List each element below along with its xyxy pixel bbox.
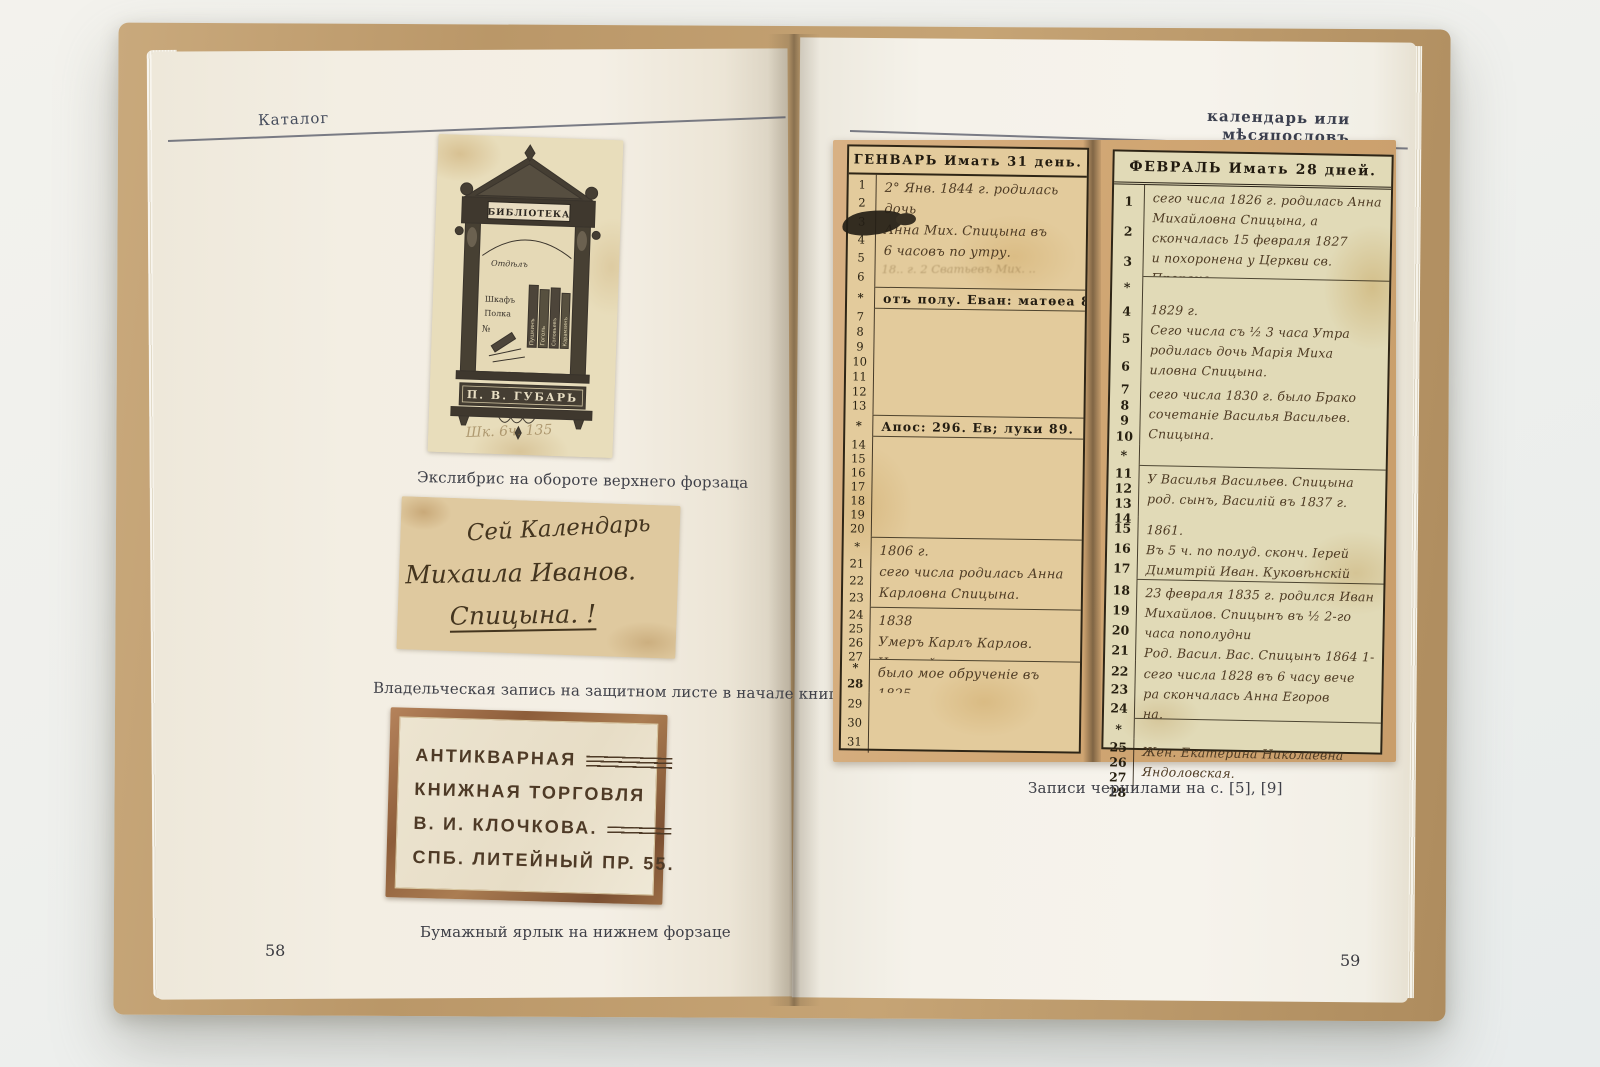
day-numbers: 222324: [1104, 660, 1136, 719]
calendar-entry: 1806 г. сего числа родилась Анна Карловн…: [871, 537, 1082, 610]
calendar-entry: 1861. Въ 5 ч. по полуд. сконч. Іерей Дим…: [1138, 517, 1385, 584]
day-numbers: 18192021: [1105, 578, 1138, 661]
label-line-4: СПБ. ЛИТЕЙНЫЙ ПР. 55.: [412, 840, 640, 880]
pencil-inscription: Шк. 6ч. 135: [465, 422, 553, 441]
calendar-section: *212223 1806 г. сего числа родилась Анна…: [843, 536, 1082, 609]
note-line-3: Спицына. !: [449, 599, 596, 631]
calendar-section: 151617 1861. Въ 5 ч. по полуд. сконч. Іе…: [1107, 516, 1385, 583]
calendar-entry: было мое обрученіе въ 1825: [870, 659, 1080, 696]
calendar-entry: сего числа 1830 г. было Брако сочетаніе …: [1140, 381, 1387, 450]
label-line-3: В. И. КЛОЧКОВА.: [413, 813, 598, 838]
page-number-left: 58: [265, 941, 285, 960]
page-number-right: 59: [1340, 951, 1360, 970]
exlibris-engraving: БИБЛІОТЕКА Отдѣлъ Шкафъ Полка №: [428, 134, 624, 458]
day-numbers: *: [847, 286, 875, 308]
calendar-section: 24252627 1838 Умеръ Карлъ Карлов. Чевско…: [842, 606, 1081, 661]
calendar-entry: [869, 693, 1080, 756]
calendar-entry: 1829 г. Сего числа съ ½ 3 часа Утра роди…: [1141, 297, 1389, 386]
exlibris-bookplate: БИБЛІОТЕКА Отдѣлъ Шкафъ Полка №: [428, 134, 624, 458]
book-gutter: [768, 34, 820, 1006]
day-numbers: 24252627: [842, 606, 871, 658]
label-line-1: АНТИКВАРНАЯ: [415, 745, 577, 769]
calendar-entry: [872, 437, 1083, 540]
calendar-february: ФЕВРАЛЬ Имать 28 дней. 123 сего числа 18…: [1101, 149, 1393, 754]
day-numbers: *: [1103, 718, 1134, 739]
calendar-entry: У Василья Васильев. Спицына род. сынъ, В…: [1139, 465, 1386, 522]
day-numbers: 14151617181920: [844, 436, 873, 536]
calendar-january: ГЕНВАРЬ Имать 31 день. 123456 2° Янв. 18…: [839, 144, 1089, 753]
note-line-2: Михаила Иванов.: [405, 556, 636, 589]
label-dash-double: [608, 826, 672, 835]
day-numbers: *: [1112, 276, 1143, 297]
day-numbers: *: [1109, 444, 1140, 465]
day-numbers: 151617: [1107, 516, 1139, 579]
day-numbers: 123: [1112, 184, 1145, 277]
calendar-section: 78910111213: [845, 308, 1084, 417]
running-head-left: Каталог: [258, 109, 330, 129]
calendar-entry: 23 февраля 1835 г. родился Иван Михайлов…: [1136, 579, 1384, 666]
calendar-entry-printed: Апос: 296. Ев; луки 89.: [873, 415, 1083, 440]
day-numbers: 78910111213: [845, 308, 874, 414]
calendar-section: 11121314 У Василья Васильев. Спицына род…: [1108, 464, 1386, 521]
calendar-entry-printed: отъ полу. Еван: матѳеа 8.: [875, 287, 1085, 312]
ownership-note: Сей Календарь Михаила Иванов. Спицына. !: [396, 496, 680, 659]
calendar-entry: 1838 Умеръ Карлъ Карлов. Чевской: [870, 607, 1081, 662]
calendar-section: 293031: [841, 692, 1080, 755]
day-numbers: 456: [1110, 296, 1143, 381]
exlibris-polka-label: Полка: [484, 309, 511, 319]
book-spine-pushkin: Пушкинъ: [529, 318, 536, 345]
bookshop-label-inner: АНТИКВАРНАЯ КНИЖНАЯ ТОРГОВЛЯ В. И. КЛОЧК…: [395, 716, 659, 895]
calendar-entry: [873, 309, 1084, 418]
calendar-section: 222324 сего числа 1828 въ 6 часу вече ра…: [1104, 660, 1382, 723]
calendar-section: 78910 сего числа 1830 г. было Брако соче…: [1109, 380, 1387, 449]
calendar-entry: сего числа 1826 г. родилась Анна Михайло…: [1143, 185, 1391, 282]
calendar-section: *28 было мое обрученіе въ 1825: [842, 658, 1080, 695]
february-header: ФЕВРАЛЬ Имать 28 дней.: [1114, 151, 1392, 189]
exlibris-number-label: №: [482, 324, 491, 334]
note-line-1: Сей Календарь: [466, 511, 651, 547]
january-body: 123456 2° Янв. 1844 г. родилась дочь Анн…: [841, 174, 1087, 751]
caption-calendar: Записи чернилами на с. [5], [9]: [1028, 779, 1283, 797]
calendar-section: 18192021 23 февраля 1835 г. родился Иван…: [1105, 578, 1384, 665]
day-numbers: *: [845, 414, 873, 436]
day-numbers: 78910: [1109, 380, 1141, 445]
exlibris-shkaf-label: Шкафъ: [485, 295, 516, 305]
book-spine-karamzin: Карамзинъ: [562, 317, 569, 347]
february-body: 123 сего числа 1826 г. родилась Анна Мих…: [1103, 184, 1391, 752]
calendar-section: 123 сего числа 1826 г. родилась Анна Мих…: [1112, 184, 1391, 281]
book-photo-scene: Каталог БИБЛІОТЕКА: [0, 0, 1600, 1067]
day-numbers: 293031: [841, 692, 870, 752]
caption-bookshop-label: Бумажный ярлык на нижнем форзаце: [420, 923, 731, 941]
calendar-section: 123456 2° Янв. 1844 г. родилась дочь Анн…: [847, 174, 1087, 289]
day-numbers: *28: [842, 658, 870, 692]
label-dash-triple: [586, 755, 672, 768]
calendar-photograph: ГЕНВАРЬ Имать 31 день. 123456 2° Янв. 18…: [833, 140, 1396, 762]
exlibris-otdel-label: Отдѣлъ: [491, 259, 528, 269]
january-header: ГЕНВАРЬ Имать 31 день.: [849, 146, 1087, 177]
bookshop-label: АНТИКВАРНАЯ КНИЖНАЯ ТОРГОВЛЯ В. И. КЛОЧК…: [385, 707, 667, 905]
day-numbers: *212223: [843, 536, 872, 606]
calendar-entry: сего числа 1828 въ 6 часу вече ра сконча…: [1135, 661, 1382, 724]
book-spine-gogol: Гоголь: [540, 326, 547, 346]
faint-scribble: 18.. г. 2 Сватьевъ Мих. ..: [881, 262, 1035, 277]
book-spine-soloviev: Соловьевъ: [551, 317, 558, 346]
calendar-section: 14151617181920: [844, 436, 1083, 539]
day-numbers: 11121314: [1108, 464, 1140, 517]
calendar-section: 456 1829 г. Сего числа съ ½ 3 часа Утра …: [1110, 296, 1389, 385]
